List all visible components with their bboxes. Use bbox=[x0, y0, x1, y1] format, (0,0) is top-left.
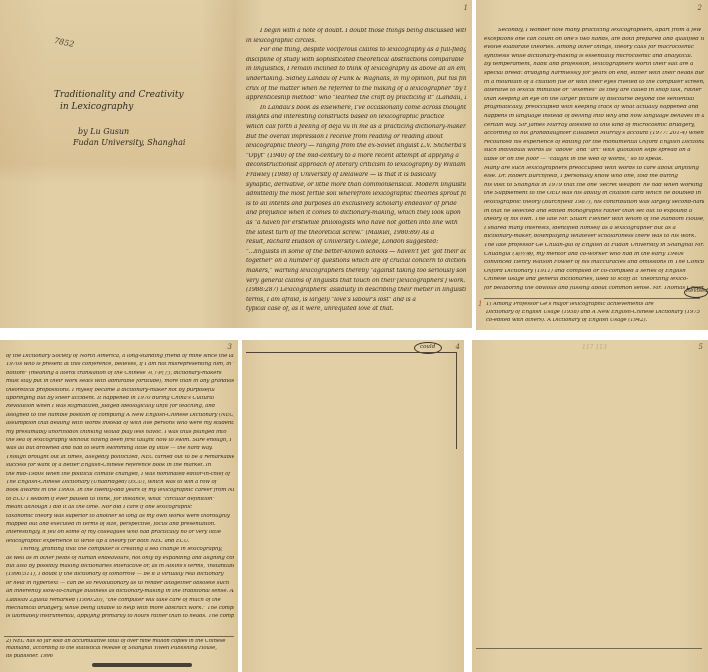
text-line: Revolution when I was stigmatized, judge… bbox=[6, 404, 234, 409]
manuscript-page-3: 3 of the Dictionary Society of North Ame… bbox=[0, 340, 238, 672]
text-line: in linguistics, I remain inclined to thi… bbox=[246, 66, 466, 72]
text-line: Though brought out at times, allegedly p… bbox=[6, 455, 234, 460]
text-line: as "a haven for erstwhile philologists w… bbox=[246, 220, 466, 226]
text-line: of the Dictionary Society of North Ameri… bbox=[6, 354, 234, 359]
page-number: 4 bbox=[456, 343, 460, 351]
text-line: Chuangui (葛传槼), my mentor and co-worker … bbox=[484, 252, 704, 258]
text-line: synthesis while dictionary-making is ess… bbox=[484, 54, 704, 60]
text-line: his visit to Shanghai in 1979 that the o… bbox=[484, 183, 704, 189]
text-line: together' on a number of questions which… bbox=[246, 258, 466, 264]
text-line: meant although I did it all the time. No… bbox=[6, 505, 234, 510]
text-line: which call forth a feeling of deja vu in… bbox=[246, 124, 466, 130]
text-line: Oxford Dictionary (1911) and compiled or… bbox=[484, 269, 704, 275]
text-line: crux of the matter when he referred to t… bbox=[246, 86, 466, 92]
footnote-rule bbox=[476, 648, 702, 649]
text-line: Thirdly, granting that the computer is c… bbox=[20, 547, 234, 552]
text-line: 1) Among Professor Ge's major lexicograp… bbox=[486, 302, 700, 307]
text-line: synaptic, derivative, or little more tha… bbox=[246, 182, 466, 188]
page-number: 5 bbox=[699, 343, 703, 351]
text-line: pragmatically; preoccupied with keeping … bbox=[484, 105, 704, 111]
text-line: or held in hypertext — can be so revolut… bbox=[6, 581, 234, 586]
text-line: and prejudice when it comes to dictionar… bbox=[246, 210, 466, 216]
footnote-rule bbox=[4, 636, 234, 637]
manuscript-page-title: 7852 Traditionality and Creativity in Le… bbox=[0, 0, 236, 328]
page-number: 2 bbox=[698, 4, 702, 12]
text-line: makers," warning lexicographers thereby … bbox=[246, 268, 466, 274]
text-line: attentive to lexical minutiae or "lexeme… bbox=[484, 88, 704, 94]
page-number: 1 bbox=[464, 4, 468, 12]
text-line: insights and interesting constructs base… bbox=[246, 114, 466, 120]
text-line: dictionary-maker, downplaying whatever s… bbox=[484, 234, 704, 240]
title-line-1: Traditionality and Creativity bbox=[54, 90, 184, 100]
text-line: 1970s who is present at this conference,… bbox=[6, 362, 234, 367]
text-line: Many are such lexicographers preoccupied… bbox=[484, 166, 704, 172]
text-line: must stay put in their work seats with a… bbox=[6, 379, 234, 384]
redaction-scribble bbox=[92, 663, 192, 667]
affiliation-line: Fudan University, Shanghai bbox=[73, 138, 185, 147]
text-line: as well as in other fields of human ende… bbox=[6, 556, 234, 561]
text-line: mechanical drudgery, while being unable … bbox=[6, 606, 234, 611]
text-line: in that he selected and edited monograph… bbox=[484, 209, 704, 215]
text-line: to ECU I seldom if ever paused to think,… bbox=[6, 497, 234, 502]
text-line: than keeping an eye on the larger pictur… bbox=[484, 97, 704, 103]
text-line: assigned to the humble position of compi… bbox=[6, 413, 234, 418]
text-line: such individual words as "above" and "ar… bbox=[484, 148, 704, 154]
text-line: convinced Henry Watson Fowler of his ina… bbox=[484, 260, 704, 266]
text-line: terms, I am afraid, is largely "love's l… bbox=[246, 297, 466, 303]
text-line: By temperament, habit and profession, le… bbox=[484, 62, 704, 68]
corner-note: 7852 bbox=[53, 36, 75, 49]
text-line: very general claims of linguists that to… bbox=[246, 278, 466, 284]
text-line: I begin with a note of doubt. I doubt th… bbox=[260, 28, 466, 34]
header-faint-note: 117 113 bbox=[582, 344, 607, 351]
text-line: mainland, according to the statistical r… bbox=[6, 646, 232, 651]
text-line: 2) NEC has so far sold an accumulative t… bbox=[6, 639, 232, 644]
text-line: Ladislav Zgusta remarked (1990:20), "the… bbox=[6, 598, 234, 603]
text-line: Chinese usage and general dictionaries, … bbox=[484, 277, 704, 283]
text-line: upbringing but by sheer accident. It hap… bbox=[6, 396, 234, 401]
text-line: the sea of lexicography without having b… bbox=[6, 438, 234, 443]
text-line: taxonomic theory was superior to another… bbox=[6, 514, 234, 519]
text-line: co-edited with others). A Dictionary of … bbox=[486, 318, 700, 323]
text-line: bottom" (meaning a literal translation o… bbox=[6, 371, 234, 376]
text-line: "...linguists in some of the better-know… bbox=[246, 249, 466, 255]
text-line: my presumably unorthodox thinking would … bbox=[6, 430, 234, 435]
revised-label: Revised bbox=[686, 288, 708, 294]
text-line: discipline of study with sophisticated t… bbox=[246, 57, 466, 63]
text-line: an inherently slow-to-change business as… bbox=[6, 589, 234, 594]
text-line: certain way. Sir James Murray attested t… bbox=[484, 123, 704, 129]
text-line: for belaboring the obvious and fussing a… bbox=[484, 286, 704, 292]
manuscript-page-1: 1 I begin with a note of doubt. I doubt … bbox=[236, 0, 472, 328]
text-line: mapped out and executed in terms of size… bbox=[6, 522, 234, 527]
text-line: lexicographic theory (Burchfield 1987), … bbox=[484, 200, 704, 206]
text-line: theory of his own. The late Mr. Stuart F… bbox=[484, 217, 704, 223]
text-line: (1988:287) Lexicographers' assiduity in … bbox=[246, 287, 466, 293]
text-line: typical case of, as it were, unrequited … bbox=[246, 306, 466, 312]
manuscript-page-2: 2 Secondly, I wonder how many practicing… bbox=[476, 0, 708, 330]
text-line: lexicographic theory — ranging from the … bbox=[246, 143, 466, 149]
text-line: (1996:511), I doubt if the dictionary of… bbox=[6, 572, 234, 577]
author-line: by Lu Gusun bbox=[78, 127, 129, 136]
red-pencil-mark: 1 bbox=[478, 300, 482, 308]
text-line: the mid-1980s when the political climate… bbox=[6, 472, 234, 477]
text-line: For one thing, despite vociferous claims… bbox=[260, 47, 466, 53]
text-line: is to all intents and purposes an exclus… bbox=[246, 201, 466, 207]
text-line: else. Dr. Robert Burchfield, I personall… bbox=[484, 174, 704, 180]
text-line: Secondly, I wonder how many practicing l… bbox=[498, 28, 704, 34]
text-line: the Supplement to the OED was his abilit… bbox=[484, 191, 704, 197]
text-line: theoretical propositions. I myself becam… bbox=[6, 388, 234, 393]
text-line: Frawley (1988) of University of Delaware… bbox=[246, 172, 466, 178]
text-line: deconstructionist approach of literary c… bbox=[246, 162, 466, 168]
text-line: The late professor Ge Chuan-gui of Engli… bbox=[484, 243, 704, 249]
text-line: book awards in the 1990s. In the twenty-… bbox=[6, 488, 234, 493]
text-line: happens in language instead of delving i… bbox=[484, 114, 704, 120]
text-line: result, Richard Hudson of University Col… bbox=[246, 239, 466, 245]
text-line: The English-Chinese Dictionary (Unabridg… bbox=[6, 480, 234, 485]
text-line: table or on the floor — "caught in the w… bbox=[484, 157, 704, 163]
circled-note-text: could bbox=[420, 344, 435, 350]
text-line: the latest turn of the theoretical screw… bbox=[246, 230, 466, 236]
text-line: success for want of a better English-Chi… bbox=[6, 463, 234, 468]
text-line: Dictionary of English Usage (1958) and A… bbox=[486, 310, 700, 315]
manuscript-page-5: 117 113 5 bbox=[472, 340, 708, 672]
text-line: In Landau's book as elsewhere, I've occa… bbox=[260, 105, 466, 111]
text-line: in a mountain of a citation file or with… bbox=[484, 80, 704, 86]
margin-bracket bbox=[246, 352, 457, 449]
text-line: "Opyt" (1940) of the mid-century to a mo… bbox=[246, 153, 466, 159]
text-line: exceptions one can count on one's two ha… bbox=[484, 37, 704, 43]
text-line: Interestingly, it fell on some of my col… bbox=[6, 530, 234, 535]
text-line: lexicographic experience to write up a t… bbox=[6, 539, 234, 544]
text-line: is ultimately instrumental, applying pri… bbox=[6, 614, 234, 619]
title-line-2: in Lexicography bbox=[60, 102, 133, 112]
text-line: in lexicographic circles. bbox=[246, 38, 466, 44]
text-line: assumption that dealing with words inste… bbox=[6, 421, 234, 426]
text-line: according to his granddaughter Elisabeth… bbox=[484, 131, 704, 137]
footnote-rule bbox=[484, 298, 700, 299]
text-line: was all but drowned and had to learn swi… bbox=[6, 446, 234, 451]
text-line: undertaking. Sidney Landau of Funk & Wag… bbox=[246, 76, 466, 82]
text-line: evolve elaborate theories. Among other t… bbox=[484, 45, 704, 51]
text-line: but also by possibly making dictionaries… bbox=[6, 564, 234, 569]
page-number: 3 bbox=[228, 343, 232, 351]
text-line: I shared many interests, identified hims… bbox=[484, 226, 704, 232]
text-line: recounted his experience of editing for … bbox=[484, 140, 704, 146]
text-line: apprenticeship method" who "learned the … bbox=[246, 95, 466, 101]
text-line: But the overall impression I receive fro… bbox=[246, 134, 466, 140]
text-line: its publisher. 1996 bbox=[6, 654, 232, 659]
text-line: special breed: drudging harmlessly for y… bbox=[484, 71, 704, 77]
text-line: admittedly the most fertile soil wherefr… bbox=[246, 191, 466, 197]
manuscript-page-4: could 4 bbox=[242, 340, 464, 672]
